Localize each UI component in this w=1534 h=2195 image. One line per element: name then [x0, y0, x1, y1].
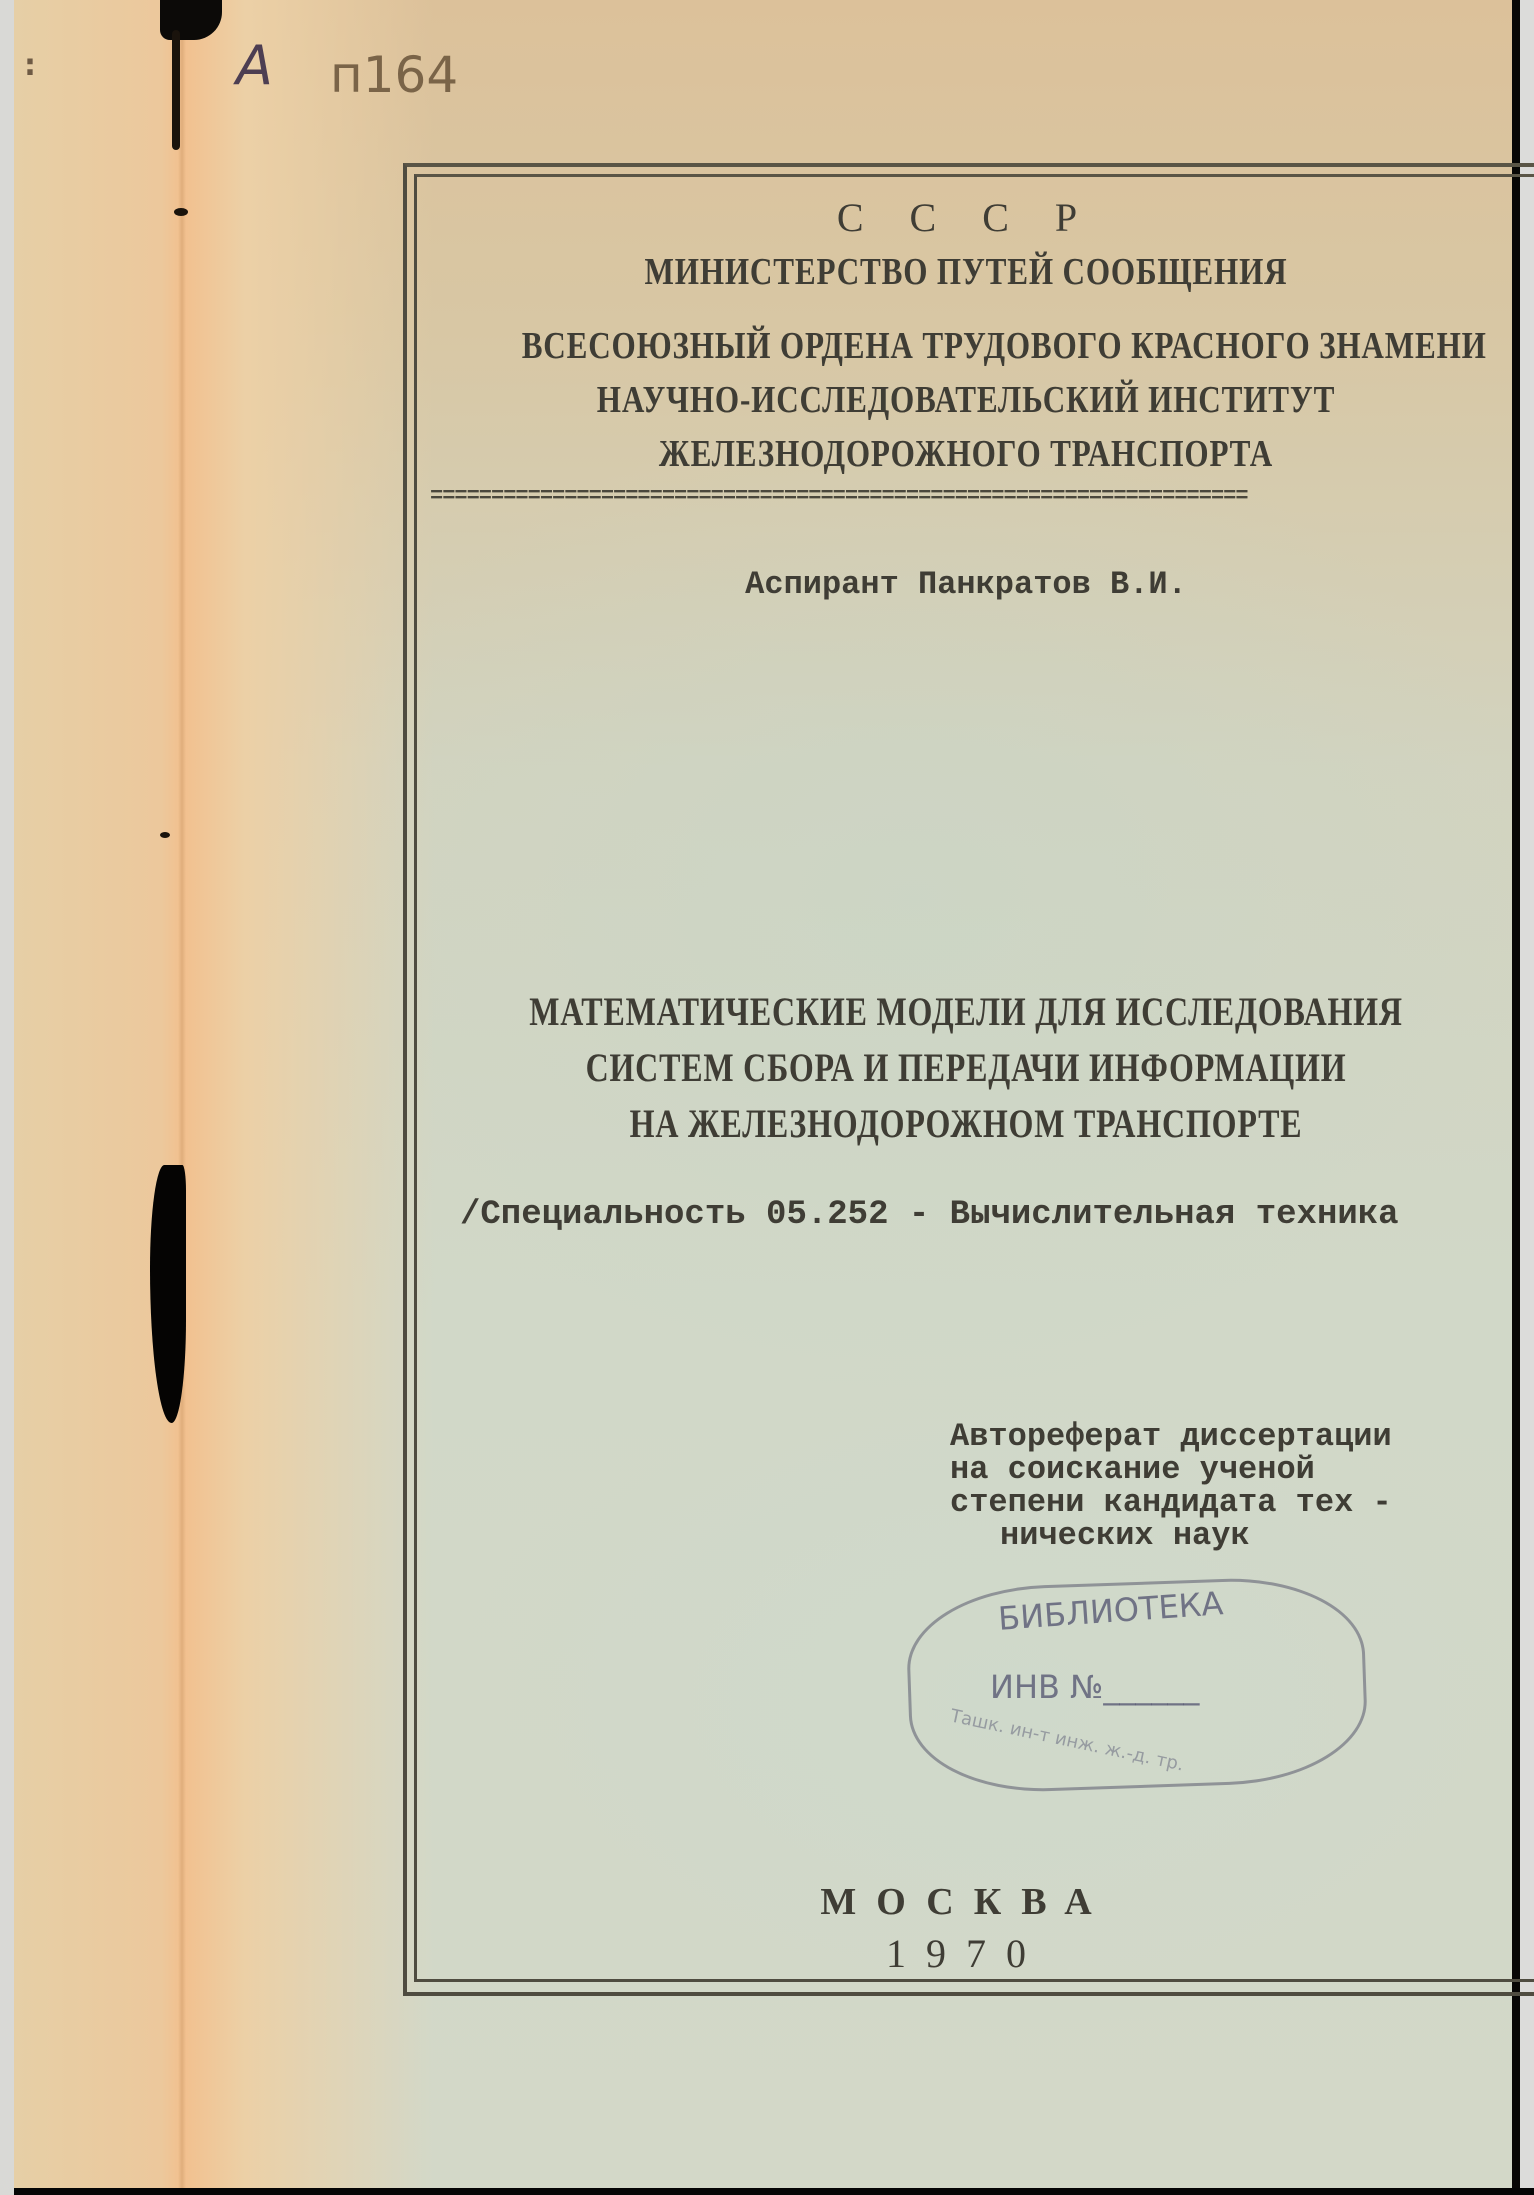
- thesis-title-line-3: НА ЖЕЛЕЗНОДОРОЖНОМ ТРАНСПОРТЕ: [529, 1100, 1403, 1147]
- ministry-heading: МИНИСТЕРСТВО ПУТЕЙ СООБЩЕНИЯ: [518, 250, 1413, 294]
- cover-binding-strip: [14, 0, 434, 2188]
- author-name: Аспирант Панкратов В.И.: [420, 566, 1512, 603]
- staple-hole: [160, 832, 170, 838]
- header-separator: ========================================…: [430, 490, 1510, 504]
- country-heading: С С С Р: [420, 194, 1512, 241]
- spine-fold: [178, 0, 186, 2188]
- abstract-note-line-3: степени кандидата тех -: [950, 1486, 1392, 1519]
- handwritten-dots: :: [24, 48, 36, 83]
- stamp-inventory-label: ИНВ №______: [990, 1668, 1199, 1706]
- institute-line-1: ВСЕСОЮЗНЫЙ ОРДЕНА ТРУДОВОГО КРАСНОГО ЗНА…: [522, 324, 1449, 368]
- abstract-note-line-1: Автореферат диссертации: [950, 1420, 1392, 1453]
- thesis-title-line-2: СИСТЕМ СБОРА И ПЕРЕДАЧИ ИНФОРМАЦИИ: [529, 1044, 1403, 1091]
- abstract-note-line-4: нических наук: [1000, 1519, 1250, 1552]
- handwritten-mark: A: [236, 34, 273, 97]
- institute-line-2: НАУЧНО-ИССЛЕДОВАТЕЛЬСКИЙ ИНСТИТУТ: [518, 378, 1413, 422]
- institute-line-3: ЖЕЛЕЗНОДОРОЖНОГО ТРАНСПОРТА: [518, 432, 1413, 476]
- thesis-title-line-1: МАТЕМАТИЧЕСКИЕ МОДЕЛИ ДЛЯ ИССЛЕДОВАНИЯ: [529, 988, 1403, 1035]
- scan-edge-bottom: [14, 2188, 1534, 2195]
- handwritten-shelf-number: п164: [330, 46, 458, 104]
- specialty-line: /Специальность 05.252 - Вычислительная т…: [460, 1196, 1520, 1234]
- publication-year: 1970: [420, 1930, 1512, 1977]
- publication-city: МОСКВА: [420, 1880, 1512, 1924]
- staple-hole: [174, 208, 188, 216]
- abstract-note-line-2: на соискание ученой: [950, 1453, 1315, 1486]
- top-tear-crack: [172, 30, 180, 150]
